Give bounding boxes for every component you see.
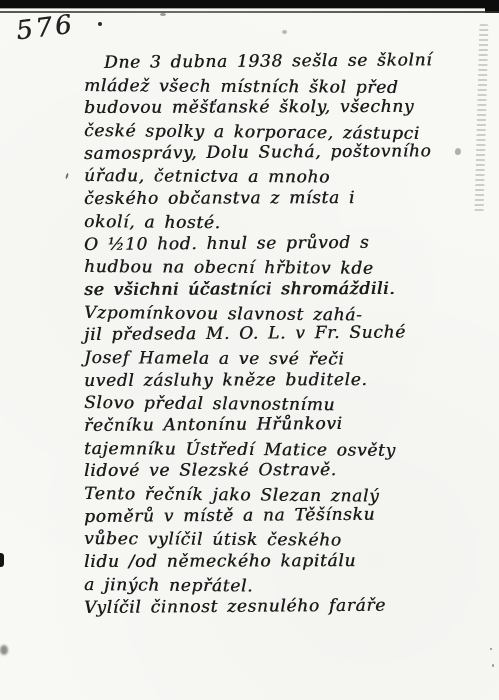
- page-number: 576: [14, 10, 76, 47]
- paper-speck: [160, 13, 166, 16]
- handwritten-line: jil předseda M. O. L. v Fr. Suché: [84, 321, 494, 347]
- handwritten-line: se všichni účastníci shromáždili.: [84, 277, 494, 301]
- handwritten-line: samosprávy, Dolu Suchá, poštovního: [84, 140, 494, 166]
- ink-dot: [98, 22, 102, 26]
- paper-speck: [490, 648, 492, 650]
- paper-speck: [455, 148, 461, 155]
- handwritten-line: řečníku Antonínu Hřůnkovi: [84, 412, 494, 438]
- paper-speck: [65, 173, 69, 179]
- handwriting-block: Dne 3 dubna 1938 sešla se školnímládež v…: [84, 52, 494, 619]
- handwritten-line: budovou měšťanské školy, všechny: [84, 96, 494, 120]
- scan-edge-mark-left: [0, 553, 4, 567]
- handwritten-line: uvedl zásluhy kněze buditele.: [84, 368, 494, 392]
- handwritten-line: lidu /od německého kapitálu: [84, 550, 494, 574]
- handwritten-line: poměrů v místě a na Těšínsku: [84, 503, 494, 529]
- scan-smudge-left: [0, 645, 8, 655]
- scan-edge-rule-line: [0, 11, 499, 13]
- paper-speck: [282, 30, 287, 34]
- handwritten-line: Dne 3 dubna 1938 sešla se školní: [84, 49, 494, 75]
- handwritten-line: Vylíčil činnost zesnulého faráře: [84, 593, 494, 619]
- paper-speck: [492, 664, 494, 667]
- scan-edge-top: [0, 0, 499, 8]
- scanned-chronicle-page: 576 Dne 3 dubna 1938 sešla se školnímlád…: [0, 0, 499, 700]
- handwritten-line: lidové ve Slezské Ostravě.: [84, 459, 494, 483]
- handwritten-line: O ½10 hod. hnul se průvod s: [84, 230, 494, 256]
- handwritten-line: českého občanstva z místa i: [84, 187, 494, 211]
